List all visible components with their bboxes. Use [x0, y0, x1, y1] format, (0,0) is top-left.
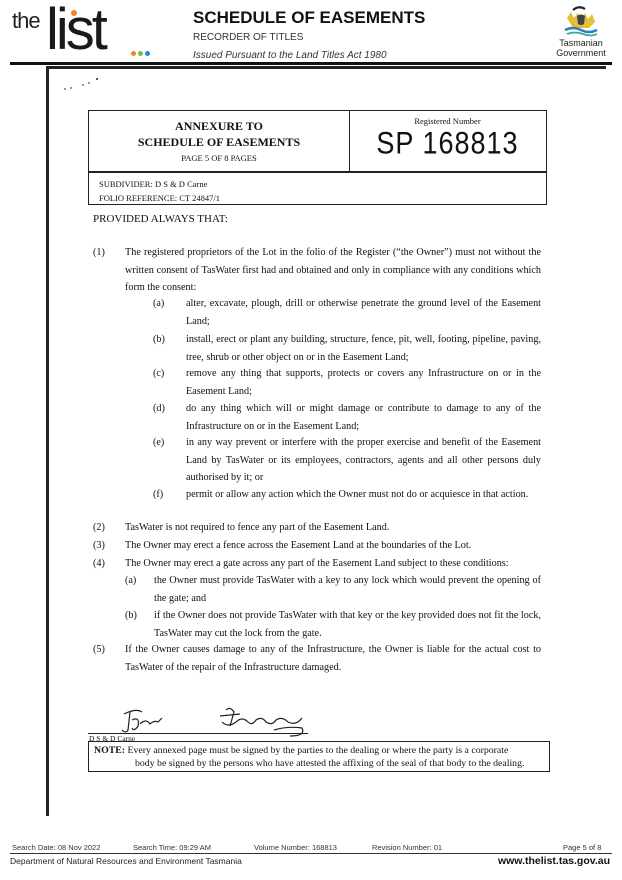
logo-dot-green: [138, 51, 143, 56]
logo-i-dot-icon: [71, 10, 77, 16]
page-header: the list SCHEDULE OF EASEMENTS RECORDER …: [0, 0, 622, 64]
subclause-text: remove any thing that supports, protects…: [186, 365, 541, 400]
note-line2: body be signed by the persons who have a…: [94, 757, 544, 770]
signature-2: [218, 706, 310, 740]
subclause-number: (f): [153, 486, 163, 504]
search-date: Search Date: 08 Nov 2022: [12, 843, 100, 852]
logo-the-text: the: [12, 8, 40, 34]
tasmanian-government-logo: Tasmanian Government: [548, 4, 614, 62]
registered-number-value: SP 168813: [349, 126, 546, 162]
clause-text: If the Owner causes damage to any of the…: [125, 641, 541, 676]
subclause-number: (c): [153, 365, 164, 383]
header-rule: [10, 62, 612, 65]
annexure-page-label: PAGE 5 OF 8 PAGES: [89, 153, 349, 163]
provided-always-heading: PROVIDED ALWAYS THAT:: [93, 213, 228, 225]
subclause-number: (a): [125, 572, 136, 590]
clause-text: The registered proprietors of the Lot in…: [125, 244, 541, 297]
subclause-number: (b): [125, 607, 137, 625]
scan-specks: [60, 76, 110, 96]
subclause-text: alter, excavate, plough, drill or otherw…: [186, 295, 541, 330]
website-link[interactable]: www.thelist.tas.gov.au: [498, 855, 610, 867]
logo-dot-orange: [131, 51, 136, 56]
annexure-header-box: ANNEXURE TO SCHEDULE OF EASEMENTS PAGE 5…: [88, 110, 547, 205]
gov-label-line2: Government: [548, 48, 614, 58]
document-title: SCHEDULE OF EASEMENTS: [193, 8, 425, 28]
revision-number: Revision Number: 01: [372, 843, 442, 852]
clause-number: (5): [93, 641, 105, 659]
issued-statement: Issued Pursuant to the Land Titles Act 1…: [193, 50, 387, 61]
annexure-row-divider: [89, 171, 546, 173]
search-time: Search Time: 09:29 AM: [133, 843, 211, 852]
department-name: Department of Natural Resources and Envi…: [10, 856, 242, 866]
thelist-logo: the list: [8, 2, 158, 60]
page-indicator: Page 5 of 8: [563, 843, 601, 852]
signature-1: [118, 706, 166, 736]
scan-frame-left: [46, 66, 49, 816]
volume-number: Volume Number: 168813: [254, 843, 337, 852]
tasmanian-tiger-icon: [559, 4, 603, 38]
subclause-number: (d): [153, 400, 165, 418]
logo-dots-icon: [131, 51, 150, 56]
footer-rule: [10, 853, 612, 854]
clause-number: (4): [93, 555, 105, 573]
subclause-text: do any thing which will or might damage …: [186, 400, 541, 435]
gov-label-line1: Tasmanian: [548, 38, 614, 48]
subclause-number: (a): [153, 295, 164, 313]
subclause-number: (e): [153, 434, 164, 452]
subdivider-field: SUBDIVIDER: D S & D Carne: [99, 179, 207, 189]
clause-number: (3): [93, 537, 105, 555]
logo-dot-blue: [145, 51, 150, 56]
folio-reference-field: FOLIO REFERENCE: CT 24847/1: [99, 193, 220, 203]
annexure-line2: SCHEDULE OF EASEMENTS: [89, 135, 349, 150]
subclause-text: permit or allow any action which the Own…: [186, 486, 541, 504]
annexure-line1: ANNEXURE TO: [89, 119, 349, 134]
subclause-text: in any way prevent or interfere with the…: [186, 434, 541, 487]
clause-number: (1): [93, 244, 105, 262]
note-box: NOTE: Every annexed page must be signed …: [88, 741, 550, 772]
annexure-title-cell: ANNEXURE TO SCHEDULE OF EASEMENTS PAGE 5…: [89, 111, 350, 171]
note-label: NOTE:: [94, 745, 125, 756]
clause-text: TasWater is not required to fence any pa…: [125, 519, 541, 537]
note-line1: Every annexed page must be signed by the…: [127, 745, 508, 756]
document-subtitle: RECORDER OF TITLES: [193, 32, 303, 43]
subclause-text: install, erect or plant any building, st…: [186, 331, 541, 366]
clause-text: The Owner may erect a gate across any pa…: [125, 555, 545, 573]
scan-frame-top: [46, 66, 606, 69]
registered-number-cell: Registered Number SP 168813: [349, 111, 546, 171]
subclause-text: if the Owner does not provide TasWater w…: [154, 607, 541, 642]
subclause-number: (b): [153, 331, 165, 349]
clause-text: The Owner may erect a fence across the E…: [125, 537, 541, 555]
clause-number: (2): [93, 519, 105, 537]
subclause-text: the Owner must provide TasWater with a k…: [154, 572, 541, 607]
registered-number-label: Registered Number: [349, 116, 546, 126]
